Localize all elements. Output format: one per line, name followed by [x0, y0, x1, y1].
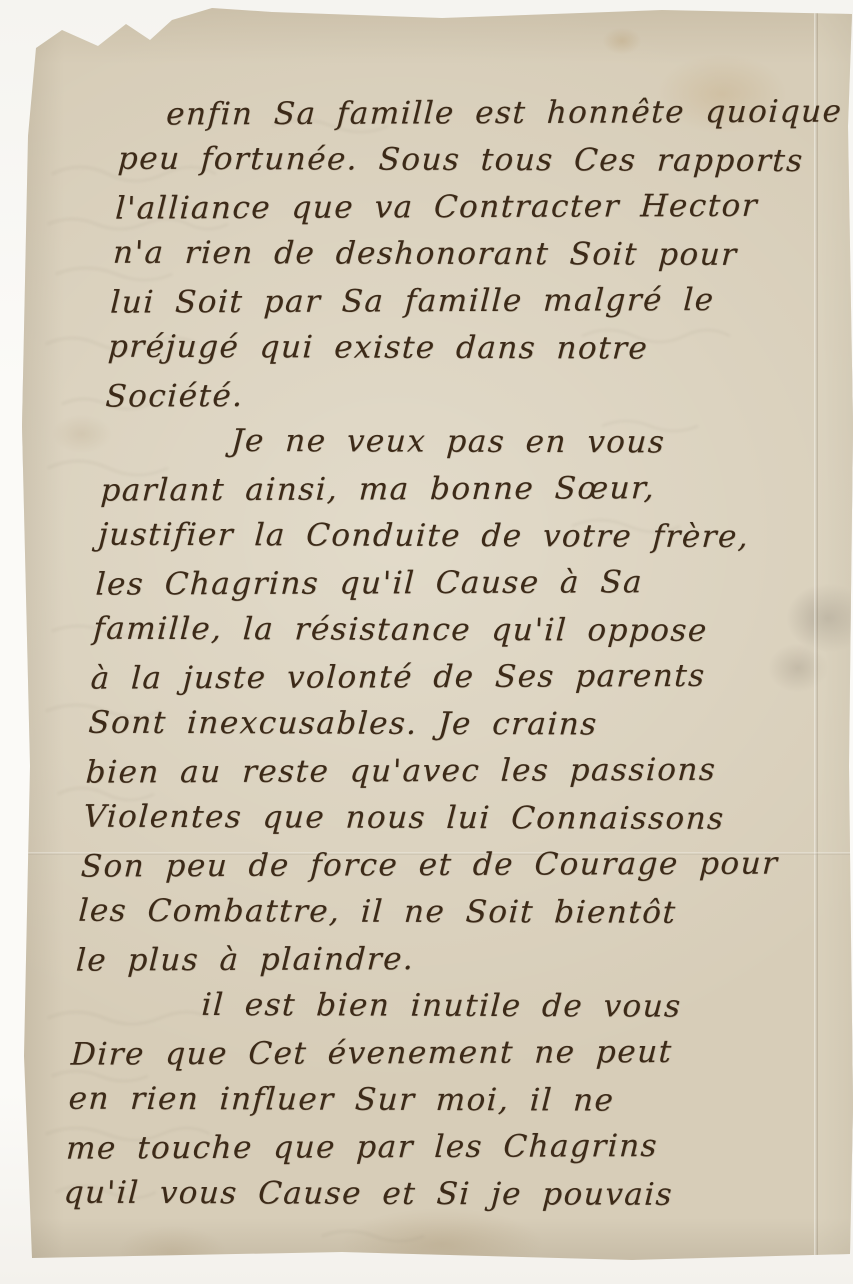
letter-line: Sont inexcusables. Je crains — [87, 700, 829, 750]
photograph-background: enfin Sa famille est honnête quoique peu… — [0, 0, 853, 1284]
letter-line: Dire que Cet évenement ne peut — [70, 1028, 812, 1078]
letter-line: en rien influer Sur moi, il ne — [67, 1076, 809, 1126]
letter-page: enfin Sa famille est honnête quoique peu… — [22, 6, 853, 1264]
letter-line: Violentes que nous lui Connaissons — [82, 794, 824, 844]
letter-line: Société. — [104, 370, 846, 420]
letter-line: peu fortunée. Sous tous Ces rapports — [117, 136, 853, 186]
letter-line: justifier la Conduite de votre frère, — [97, 512, 839, 562]
letter-line: famille, la résistance qu'il oppose — [92, 606, 834, 656]
letter-line: Je ne veux pas en vous — [230, 418, 845, 467]
letter-line: me touche que par les Chagrins — [65, 1122, 807, 1172]
letter-line: n'a rien de deshonorant Soit pour — [112, 230, 853, 280]
letter-line: Son peu de force et de Courage pour — [80, 840, 822, 890]
letter-line: lui Soit par Sa famille malgré le — [109, 276, 851, 326]
letter-line: à la juste volonté de Ses parents — [90, 652, 832, 702]
letter-line: les Combattre, il ne Soit bientôt — [77, 888, 819, 938]
letter-line: parlant ainsi, ma bonne Sœur, — [99, 464, 841, 514]
letter-line: bien au reste qu'avec les passions — [85, 746, 827, 796]
letter-text: enfin Sa famille est honnête quoique peu… — [62, 90, 853, 1218]
letter-line: les Chagrins qu'il Cause à Sa — [94, 558, 836, 608]
letter-line: enfin Sa famille est honnête quoique — [165, 88, 853, 138]
letter-line: qu'il vous Cause et Si je pouvais — [62, 1170, 804, 1220]
letter-line: l'alliance que va Contracter Hector — [114, 182, 853, 232]
letter-line: il est bien inutile de vous — [200, 982, 815, 1031]
letter-line: préjugé qui existe dans notre — [107, 324, 849, 374]
letter-line: le plus à plaindre. — [75, 934, 817, 984]
